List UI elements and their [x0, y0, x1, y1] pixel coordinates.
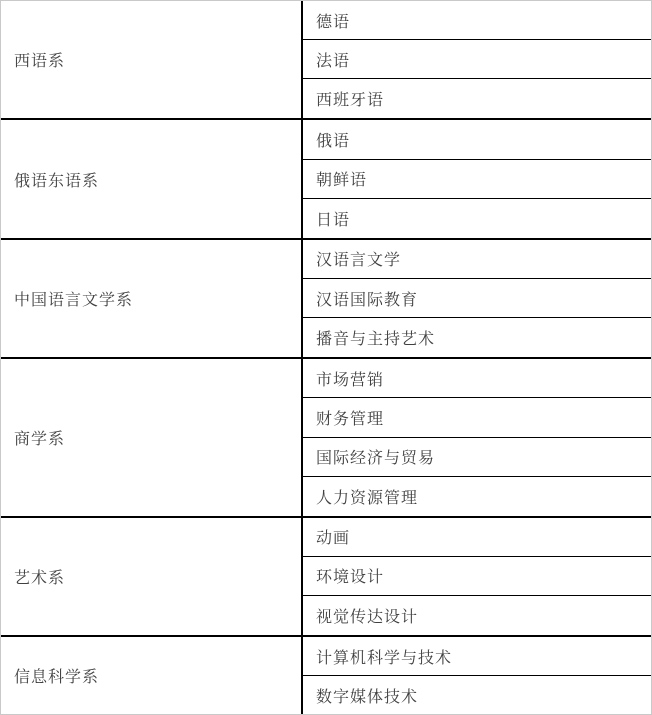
major-cell: 俄语	[303, 120, 651, 159]
table-row: 西语系德语	[1, 1, 651, 40]
major-cell: 环境设计	[303, 557, 651, 596]
department-cell: 俄语东语系	[1, 120, 303, 239]
major-cell: 市场营销	[303, 359, 651, 398]
major-cell: 国际经济与贸易	[303, 438, 651, 477]
major-cell: 西班牙语	[303, 79, 651, 120]
table-row: 中国语言文学系汉语言文学	[1, 240, 651, 279]
major-cell: 财务管理	[303, 398, 651, 437]
major-cell: 朝鲜语	[303, 160, 651, 199]
major-cell: 人力资源管理	[303, 477, 651, 518]
table-body: 西语系德语法语西班牙语俄语东语系俄语朝鲜语日语中国语言文学系汉语言文学汉语国际教…	[1, 1, 651, 714]
table-row: 商学系市场营销	[1, 359, 651, 398]
department-cell: 西语系	[1, 1, 303, 120]
major-cell: 德语	[303, 1, 651, 40]
department-cell: 商学系	[1, 359, 303, 518]
major-cell: 计算机科学与技术	[303, 637, 651, 676]
department-cell: 中国语言文学系	[1, 240, 303, 359]
major-cell: 视觉传达设计	[303, 596, 651, 637]
major-cell: 数字媒体技术	[303, 676, 651, 714]
major-cell: 汉语国际教育	[303, 279, 651, 318]
table-row: 艺术系动画	[1, 518, 651, 557]
table-row: 俄语东语系俄语	[1, 120, 651, 159]
major-cell: 法语	[303, 40, 651, 79]
major-cell: 播音与主持艺术	[303, 318, 651, 359]
major-cell: 汉语言文学	[303, 240, 651, 279]
table-row: 信息科学系计算机科学与技术	[1, 637, 651, 676]
department-cell: 艺术系	[1, 518, 303, 637]
department-cell: 信息科学系	[1, 637, 303, 714]
major-cell: 日语	[303, 199, 651, 240]
department-majors-table: 西语系德语法语西班牙语俄语东语系俄语朝鲜语日语中国语言文学系汉语言文学汉语国际教…	[0, 0, 652, 715]
major-cell: 动画	[303, 518, 651, 557]
